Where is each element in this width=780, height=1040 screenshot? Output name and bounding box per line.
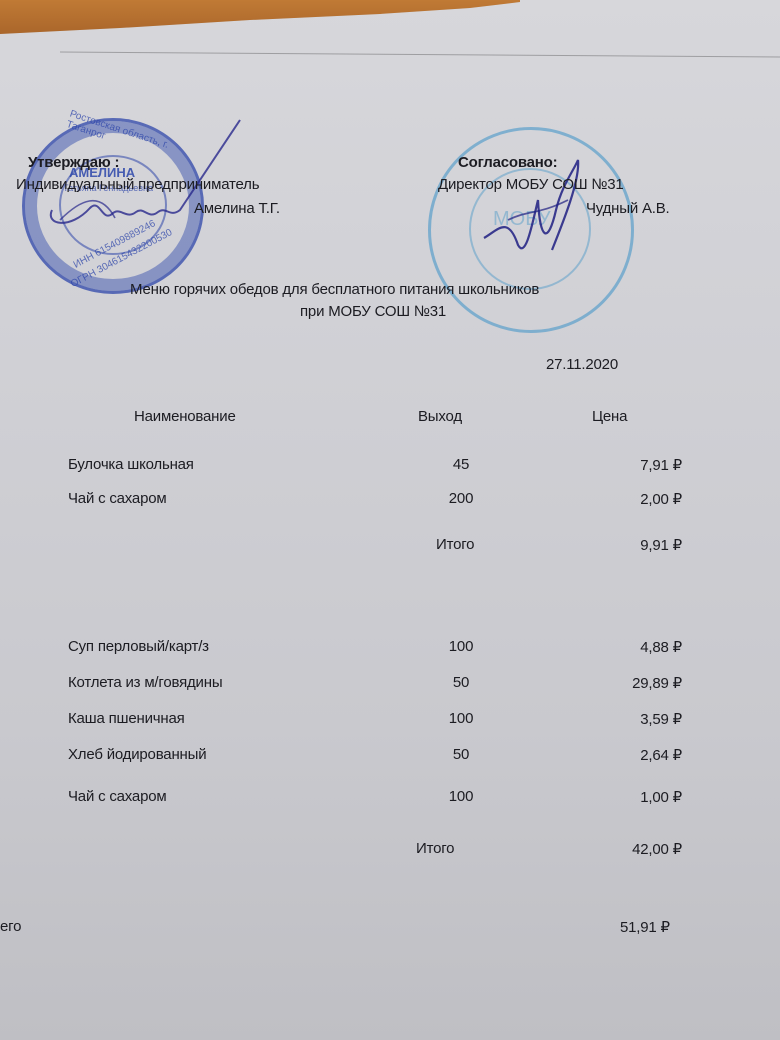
item-price: 1,00 ₽ — [640, 788, 682, 806]
grand-total-value: 51,91 ₽ — [620, 918, 670, 936]
item-price: 7,91 ₽ — [640, 456, 682, 474]
item-yield: 200 — [421, 490, 501, 507]
approve-heading: Утверждаю : — [28, 154, 119, 171]
item-yield: 100 — [421, 788, 501, 805]
item-name: Каша пшеничная — [68, 710, 185, 727]
document-title-line2: при МОБУ СОШ №31 — [300, 303, 446, 320]
item-price: 2,64 ₽ — [640, 746, 682, 764]
agreed-heading: Согласовано: — [458, 154, 557, 171]
item-yield: 50 — [421, 674, 501, 691]
menu-date: 27.11.2020 — [546, 356, 618, 373]
approver-position: Индивидуальный предприниматель — [16, 176, 259, 193]
item-price: 3,59 ₽ — [640, 710, 682, 728]
item-price: 29,89 ₽ — [632, 674, 682, 692]
item-price: 2,00 ₽ — [640, 490, 682, 508]
item-name: Булочка школьная — [68, 456, 194, 473]
item-yield: 100 — [421, 638, 501, 655]
item-yield: 100 — [421, 710, 501, 727]
item-name: Чай с сахаром — [68, 788, 166, 805]
approver-name: Амелина Т.Г. — [194, 200, 280, 217]
item-name: Котлета из м/говядины — [68, 674, 222, 691]
grand-total-label: его — [0, 918, 21, 935]
header-price: Цена — [592, 408, 627, 425]
subtotal-label: Итого — [416, 840, 454, 857]
subtotal-value: 42,00 ₽ — [632, 840, 682, 858]
item-price: 4,88 ₽ — [640, 638, 682, 656]
item-name: Суп перловый/карт/з — [68, 638, 209, 655]
item-yield: 50 — [421, 746, 501, 763]
item-yield: 45 — [421, 456, 501, 473]
document-title-line1: Меню горячих обедов для бесплатного пита… — [130, 281, 539, 298]
subtotal-label: Итого — [436, 536, 474, 553]
item-name: Чай с сахаром — [68, 490, 166, 507]
header-name: Наименование — [134, 408, 236, 425]
header-yield: Выход — [418, 408, 462, 425]
subtotal-value: 9,91 ₽ — [640, 536, 682, 554]
item-name: Хлеб йодированный — [68, 746, 206, 763]
agreer-name: Чудный А.В. — [586, 200, 670, 217]
agreer-position: Директор МОБУ СОШ №31 — [438, 176, 624, 193]
